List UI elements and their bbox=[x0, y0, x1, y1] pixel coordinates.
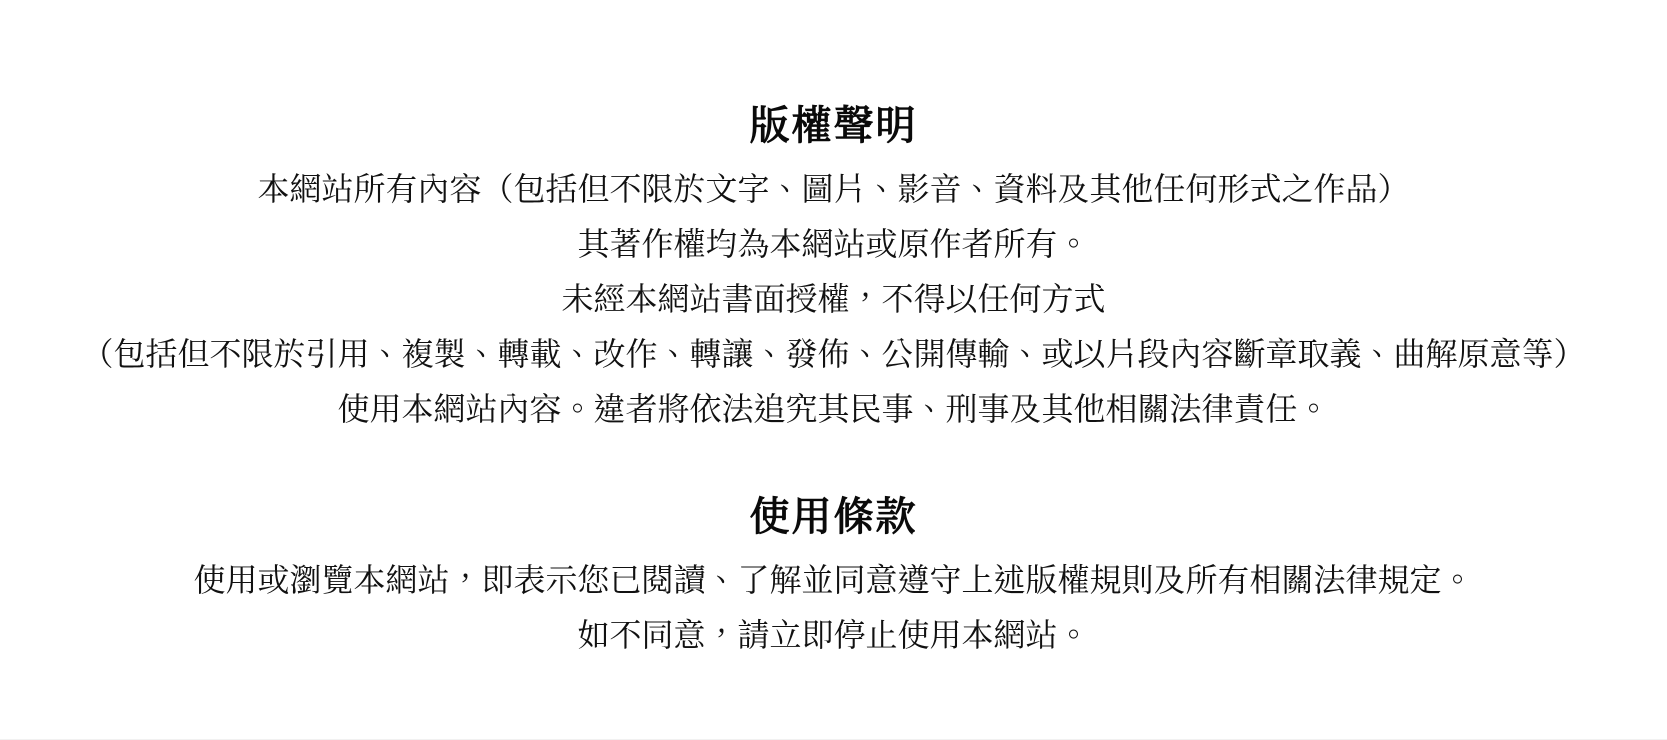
copyright-section-title: 版權聲明 bbox=[0, 100, 1667, 152]
copyright-section: 版權聲明 本網站所有內容（包括但不限於文字、圖片、影音、資料及其他任何形式之作品… bbox=[0, 100, 1667, 437]
copyright-section-body: 本網站所有內容（包括但不限於文字、圖片、影音、資料及其他任何形式之作品） 其著作… bbox=[0, 162, 1667, 437]
terms-line-2: 如不同意，請立即停止使用本網站。 bbox=[0, 608, 1667, 663]
copyright-line-3: 未經本網站書面授權，不得以任何方式 bbox=[0, 272, 1667, 327]
copyright-line-5: 使用本網站內容。違者將依法追究其民事、刑事及其他相關法律責任。 bbox=[0, 382, 1667, 437]
legal-notice-page: 版權聲明 本網站所有內容（包括但不限於文字、圖片、影音、資料及其他任何形式之作品… bbox=[0, 0, 1667, 663]
terms-line-1: 使用或瀏覽本網站，即表示您已閱讀、了解並同意遵守上述版權規則及所有相關法律規定。 bbox=[0, 553, 1667, 608]
copyright-line-1: 本網站所有內容（包括但不限於文字、圖片、影音、資料及其他任何形式之作品） bbox=[0, 162, 1667, 217]
terms-section-body: 使用或瀏覽本網站，即表示您已閱讀、了解並同意遵守上述版權規則及所有相關法律規定。… bbox=[0, 553, 1667, 663]
terms-section: 使用條款 使用或瀏覽本網站，即表示您已閱讀、了解並同意遵守上述版權規則及所有相關… bbox=[0, 491, 1667, 663]
copyright-line-4: （包括但不限於引用、複製、轉載、改作、轉讓、發佈、公開傳輸、或以片段內容斷章取義… bbox=[0, 327, 1667, 382]
copyright-line-2: 其著作權均為本網站或原作者所有。 bbox=[0, 217, 1667, 272]
terms-section-title: 使用條款 bbox=[0, 491, 1667, 543]
